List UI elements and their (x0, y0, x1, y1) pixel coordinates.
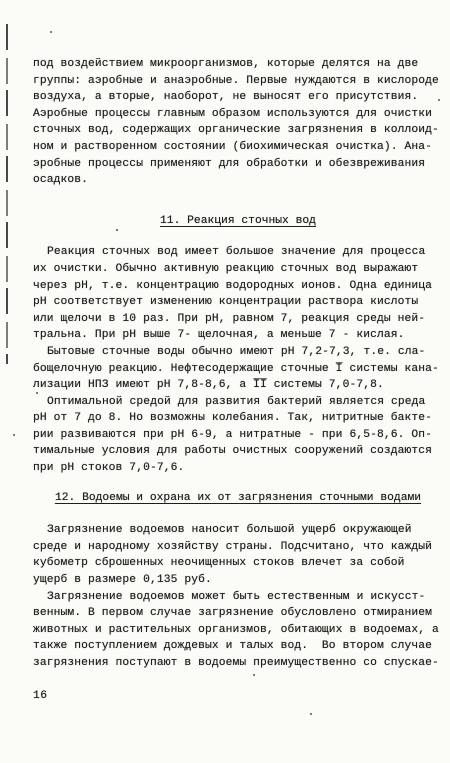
text-line: животных и растительных организмов, обит… (33, 622, 443, 639)
text-line: венным. В первом случае загрязнение обус… (33, 605, 443, 622)
section-heading-11-reaction-of-wastewater: 11. Реакция сточных вод (33, 213, 443, 230)
text-line: осадков. (33, 172, 443, 189)
scan-binding-line-artifact (6, 24, 8, 364)
text-line: тральна. При pH выше 7- щелочная, а мень… (33, 327, 443, 344)
text-line: лизации НПЗ имеют pH 7,8-8,6, а I̅I̅ сис… (33, 377, 443, 394)
text-line: или щелочи в 10 раз. При pH, равном 7, р… (33, 311, 443, 328)
scan-speck (310, 713, 312, 715)
text-line: ном и растворенном состоянии (биохимичес… (33, 139, 443, 156)
paragraph-pollution-damage: Загрязнение водоемов наносит большой уще… (33, 522, 443, 588)
scan-speck (50, 31, 52, 33)
text-line: через pH, т.е. концентрацию водородных и… (33, 278, 443, 295)
text-line: Реакция сточных вод имеет большое значен… (33, 244, 443, 261)
text-line: ущерб в размере 0,135 руб. (33, 572, 443, 589)
text-line: эробные процессы применяют для обработки… (33, 156, 443, 173)
section-heading-12-water-bodies-protection: 12. Водоемы и охрана их от загрязнения с… (33, 490, 443, 507)
paragraph-optimal-bacteria-ph: Оптимальной средой для развития бактерий… (33, 394, 443, 477)
paragraph-pollution-types: Загрязнение водоемов может быть естестве… (33, 589, 443, 672)
paragraph-household-wastewater-ph: Бытовые сточные воды обычно имеют pH 7,2… (33, 344, 443, 394)
text-line: Аэробные процессы главным образом исполь… (33, 106, 443, 123)
page-number: 16 (33, 688, 443, 705)
text-line: под воздействием микроорганизмов, которы… (33, 56, 443, 73)
text-line: pH от 7 до 8. Но возможны колебания. Так… (33, 410, 443, 427)
text-line: сточных вод, содержащих органические заг… (33, 122, 443, 139)
text-line: также поступлением дождевых и талых вод.… (33, 638, 443, 655)
text-line: бощелочную реакцию. Нефтесодержащие сточ… (33, 361, 443, 378)
text-line: Оптимальной средой для развития бактерий… (33, 394, 443, 411)
text-line: тимальные условия для работы очистных со… (33, 443, 443, 460)
paragraph-ph-significance: Реакция сточных вод имеет большое значен… (33, 244, 443, 344)
text-line: кубометр сброшенных неочищенных стоков в… (33, 555, 443, 572)
text-line: воздуха, а вторые, наоборот, не выносят … (33, 89, 443, 106)
text-line: загрязнения поступают в водоемы преимуще… (33, 655, 443, 672)
scan-speck (13, 434, 15, 436)
text-line: при pH стоков 7,0-7,6. (33, 460, 443, 477)
page-text-block: под воздействием микроорганизмов, которы… (33, 56, 443, 704)
scanned-document-page: под воздействием микроорганизмов, которы… (0, 0, 450, 763)
text-line: среде и народному хозяйству страны. Подс… (33, 539, 443, 556)
paragraph-continuation: под воздействием микроорганизмов, которы… (33, 56, 443, 189)
text-line: их очистки. Обычно активную реакцию сточ… (33, 261, 443, 278)
text-line: рии развиваются при pH 6-9, а нитратные … (33, 427, 443, 444)
text-line: pH соответствует изменению концентрации … (33, 294, 443, 311)
text-line: Загрязнение водоемов наносит большой уще… (33, 522, 443, 539)
text-line: группы: аэробные и анаэробные. Первые ну… (33, 73, 443, 90)
text-line: Бытовые сточные воды обычно имеют pH 7,2… (33, 344, 443, 361)
text-line: Загрязнение водоемов может быть естестве… (33, 589, 443, 606)
